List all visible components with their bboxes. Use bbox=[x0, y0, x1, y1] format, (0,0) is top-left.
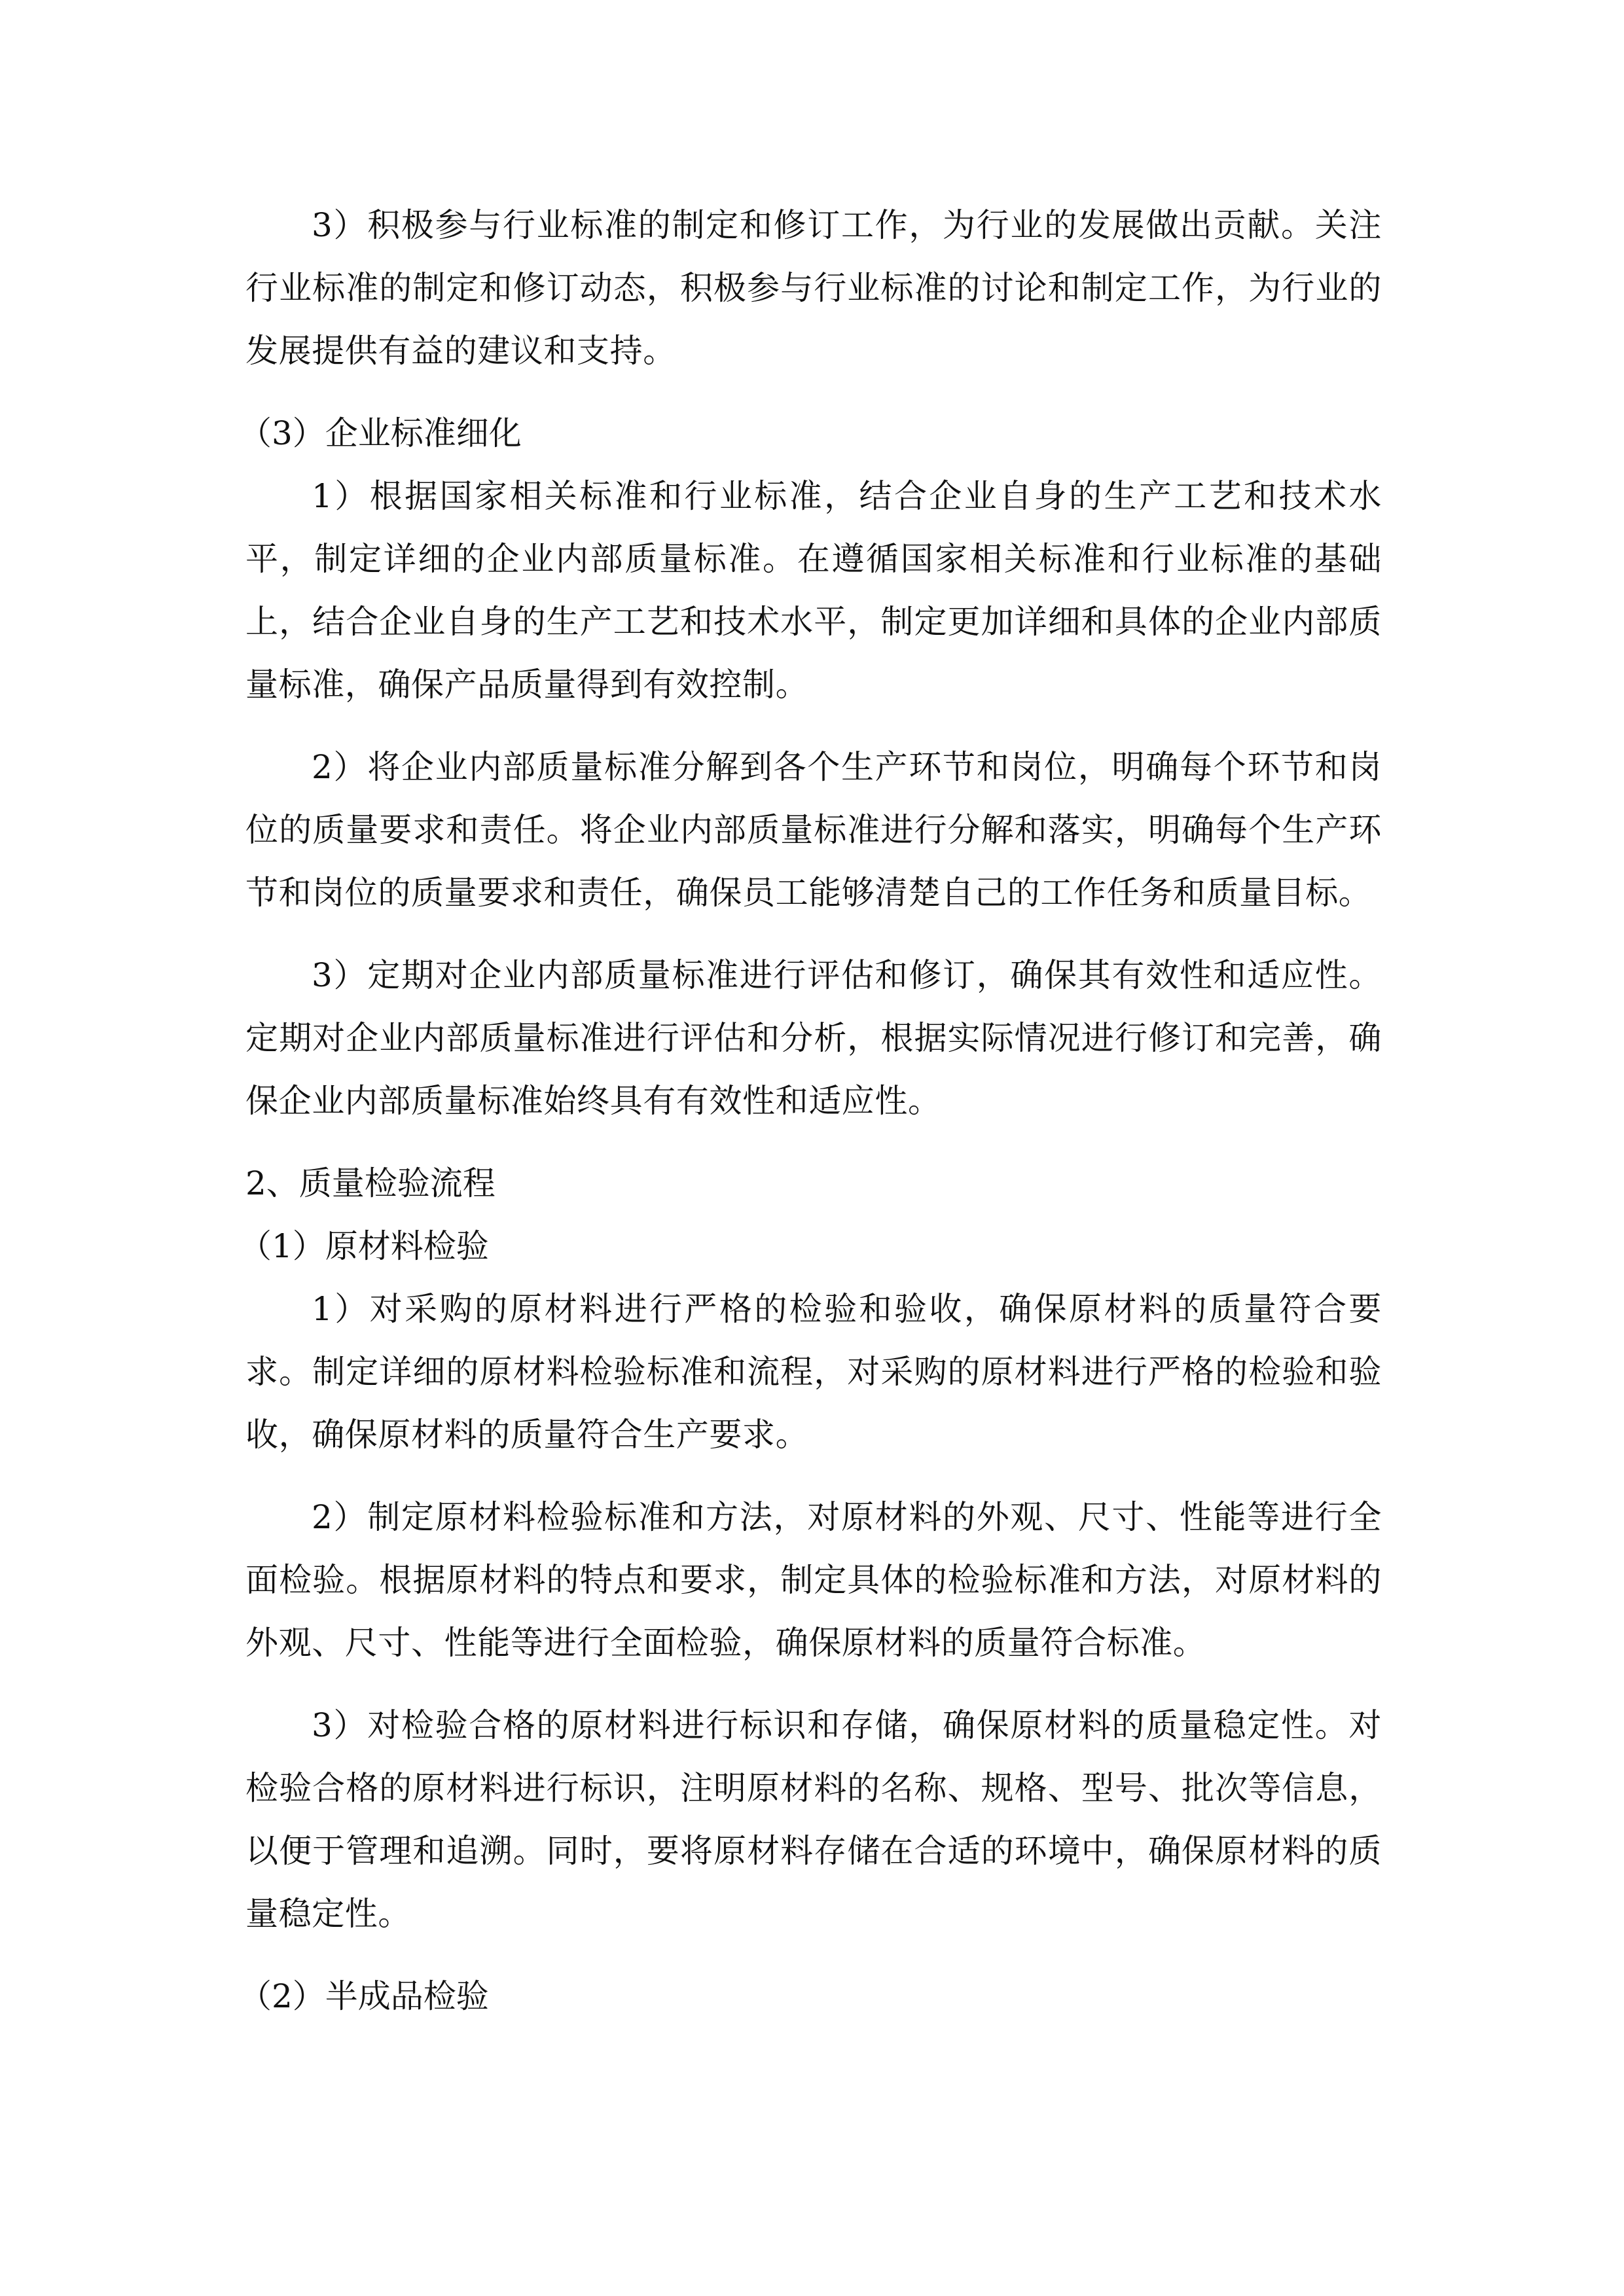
paragraph-raw-material-3: 3）对检验合格的原材料进行标识和存储，确保原材料的质量稳定性。对检验合格的原材料… bbox=[245, 1694, 1382, 1945]
subheading-raw-material-inspection: （1）原材料检验 bbox=[239, 1215, 1382, 1278]
document-page: 3）积极参与行业标准的制定和修订工作，为行业的发展做出贡献。关注行业标准的制定和… bbox=[245, 194, 1382, 2028]
paragraph-enterprise-standard-1: 1）根据国家相关标准和行业标准，结合企业自身的生产工艺和技术水平，制定详细的企业… bbox=[245, 465, 1382, 716]
paragraph-raw-material-2: 2）制定原材料检验标准和方法，对原材料的外观、尺寸、性能等进行全面检验。根据原材… bbox=[245, 1486, 1382, 1674]
paragraph-raw-material-1: 1）对采购的原材料进行严格的检验和验收，确保原材料的质量符合要求。制定详细的原材… bbox=[245, 1278, 1382, 1466]
subheading-enterprise-standard-refinement: （3）企业标准细化 bbox=[239, 402, 1382, 465]
paragraph-industry-standard-participation: 3）积极参与行业标准的制定和修订工作，为行业的发展做出贡献。关注行业标准的制定和… bbox=[245, 194, 1382, 382]
section-heading-quality-inspection-process: 2、质量检验流程 bbox=[245, 1152, 1382, 1215]
paragraph-enterprise-standard-2: 2）将企业内部质量标准分解到各个生产环节和岗位，明确每个环节和岗位的质量要求和责… bbox=[245, 736, 1382, 924]
subheading-semi-finished-inspection: （2）半成品检验 bbox=[239, 1965, 1382, 2028]
paragraph-enterprise-standard-3: 3）定期对企业内部质量标准进行评估和修订，确保其有效性和适应性。定期对企业内部质… bbox=[245, 944, 1382, 1132]
